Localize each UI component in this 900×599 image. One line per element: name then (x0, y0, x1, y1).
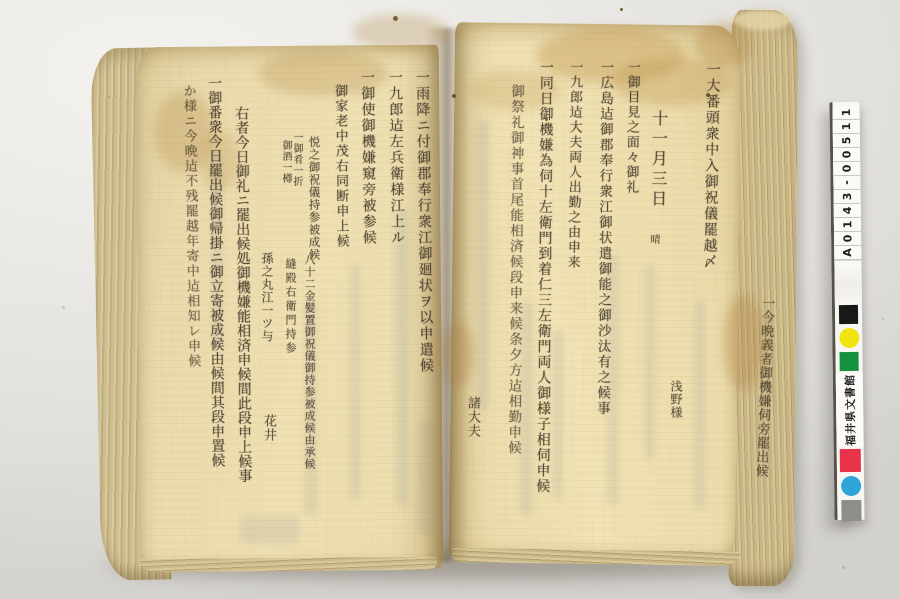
gray-square-patch (841, 500, 861, 521)
call-number-tile: 0 (834, 232, 861, 246)
dust-speck (62, 306, 65, 309)
stain (352, 14, 448, 50)
text-column: 一御使御機嫌窺旁被参候 (360, 70, 376, 255)
text-column: 右者今日御礼ニ罷出候処御機嫌能相済申候間此段申上候事 (234, 106, 252, 521)
call-number-char: 1 (840, 109, 853, 117)
signature: 諸大夫 (466, 396, 479, 466)
text-column: 一広島迠御郡奉行衆江御状遣御能之御沙汰有之候事 (594, 60, 612, 458)
dust-speck (108, 96, 110, 98)
annotation-column: 縫殿右衛門持参 (285, 258, 296, 368)
institution-label: 福井県文書館 (836, 373, 864, 447)
annotation-column: 孫之丸江一ツ与 (261, 252, 273, 362)
ink-bleed (694, 300, 705, 510)
call-number-tile: 0 (833, 162, 860, 176)
institution-text: 福井県文書館 (841, 374, 858, 446)
signature: 浅野様 (670, 380, 682, 440)
call-number-tile: A (834, 246, 861, 260)
cyan-circle-patch (841, 476, 861, 496)
call-number-char: 5 (840, 137, 853, 145)
call-number-tile: 4 (834, 204, 861, 218)
annotation-column: 御酒一樽 (280, 140, 290, 198)
call-number-char: 0 (840, 151, 853, 159)
foxing-dot (452, 94, 456, 98)
call-number-tile: 5 (833, 134, 860, 148)
signature: 花井 (262, 414, 275, 459)
label-strip: 1 1 5 0 0 - 3 4 1 0 A 福井県文書館 (829, 102, 864, 520)
foxing-dot (393, 16, 398, 21)
yellow-circle-patch (839, 328, 859, 348)
text-column: 一九郎迠左兵衛様江上ル (388, 70, 405, 250)
red-square-patch (840, 449, 861, 472)
ink-bleed (396, 210, 408, 505)
text-column: 御祭礼御神事首尾能相済候段申来候条夕方迠相勤申候 (505, 84, 522, 476)
annotation-column: 一御肴一折 (291, 132, 301, 198)
bottom-edge-left (139, 557, 437, 573)
call-number-tile: 1 (832, 106, 859, 120)
call-number-char: 0 (841, 235, 854, 243)
dust-speck (882, 318, 884, 320)
date-heading: 十一月三日 (649, 110, 667, 240)
annotation-column: 八十二金髪置御祝儀御持参被成候由承候 (304, 254, 315, 494)
call-number-tile: - (833, 176, 860, 190)
call-number-char: 1 (841, 221, 854, 229)
call-number-tile: 1 (834, 218, 861, 232)
stain (695, 22, 753, 68)
annotation-column: 悦之御祝儀持参被成候 (308, 136, 320, 271)
text-column: 一御目見之面々御礼 (624, 60, 639, 200)
photo-scene: 一大番頭衆中入御祝儀罷越〆 一今晩義者御機嫌伺旁罷出候 十一月三日 晴 一御目見… (0, 0, 900, 599)
black-square-patch (839, 305, 858, 324)
strip-blank-segment (834, 260, 862, 303)
ink-bleed (418, 420, 430, 535)
call-number-char: - (840, 180, 853, 185)
text-column: 一雨降ニ付御郡奉行衆江御廻状ヲ以申遣候 (415, 70, 433, 386)
call-number-tile: 0 (833, 148, 860, 162)
call-number-char: 1 (840, 123, 853, 131)
text-column: 一同日御機嫌為伺十左衛門到着仁三左衛門両人御様子相伺申候 (535, 60, 553, 525)
call-number-tile: 3 (834, 190, 861, 204)
green-square-patch (840, 352, 859, 371)
ink-bleed (350, 265, 360, 500)
stain (440, 322, 474, 386)
ink-bleed (645, 265, 655, 460)
weather-note: 晴 (648, 234, 658, 254)
text-column: 一九郎迠大夫両人出勤之由申来 (565, 60, 581, 275)
foxing-dot (620, 8, 623, 11)
text-column: 一御番衆今日罷出候御帰掛ニ御立寄被成候由候間其段申置候 (207, 76, 225, 516)
call-number-char: 3 (841, 193, 854, 201)
ink-bleed (477, 120, 489, 410)
text-column: 御家老中茂右同断申上候 (333, 84, 348, 259)
ink-bleed (553, 330, 563, 500)
call-number-char: A (841, 248, 854, 257)
text-column: 一大番頭衆中入御祝儀罷越〆 (702, 62, 720, 267)
dust-speck (842, 566, 845, 569)
call-number-char: 4 (841, 207, 854, 215)
call-number-char: 0 (840, 165, 853, 173)
strip-cap (838, 523, 865, 527)
call-number-tile: 1 (833, 120, 860, 134)
